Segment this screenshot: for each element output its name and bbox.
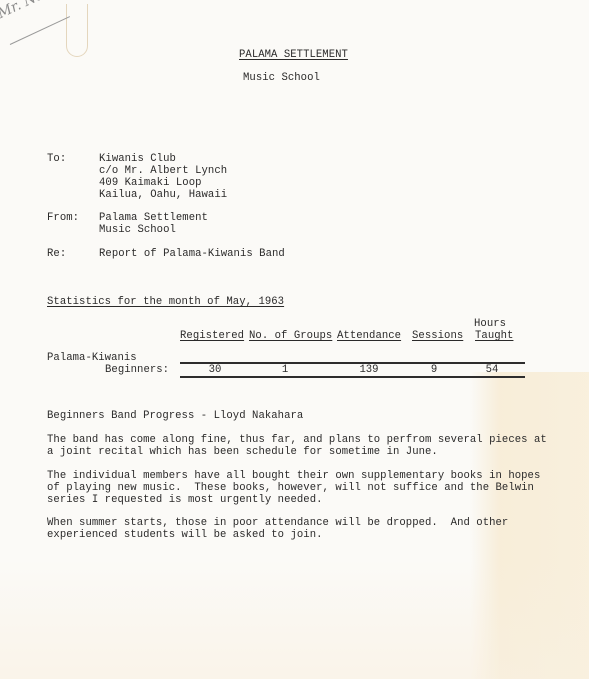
paragraph-line: a joint recital which has been schedule … <box>47 446 438 458</box>
value-attendance: 139 <box>349 364 389 376</box>
row-label-group: Palama-Kiwanis <box>47 352 137 364</box>
paperclip-stain-icon <box>66 4 88 57</box>
column-header-registered: Registered <box>180 330 244 342</box>
to-line: Kailua, Oahu, Hawaii <box>99 189 227 201</box>
paragraph-line: series I requested is most urgently need… <box>47 494 323 506</box>
column-header-sessions: Sessions <box>412 330 463 342</box>
value-sessions: 9 <box>414 364 454 376</box>
value-groups: 1 <box>265 364 305 376</box>
paragraph-line: experienced students will be asked to jo… <box>47 529 323 541</box>
progress-heading: Beginners Band Progress - Lloyd Nakahara <box>47 410 303 422</box>
paper-discoloration-bottom <box>0 560 589 679</box>
column-header-hours-top: Hours <box>474 318 506 330</box>
column-header-attendance: Attendance <box>337 330 401 342</box>
row-label-level: Beginners: <box>105 364 169 376</box>
value-registered: 30 <box>195 364 235 376</box>
paragraph-line: The band has come along fine, thus far, … <box>47 434 547 446</box>
organization-title: PALAMA SETTLEMENT <box>239 49 348 61</box>
table-bottom-rule <box>180 376 525 378</box>
column-header-groups: No. of Groups <box>249 330 332 342</box>
to-line: c/o Mr. Albert Lynch <box>99 165 227 177</box>
statistics-title: Statistics for the month of May, 1963 <box>47 296 284 308</box>
from-label: From: <box>47 212 79 224</box>
column-header-hours-bottom: Taught <box>475 330 513 342</box>
re-text: Report of Palama-Kiwanis Band <box>99 248 285 260</box>
from-line: Music School <box>99 224 176 236</box>
to-line: Kiwanis Club <box>99 153 176 165</box>
paragraph-line: The individual members have all bought t… <box>47 470 540 482</box>
to-line: 409 Kaimaki Loop <box>99 177 202 189</box>
to-label: To: <box>47 153 66 165</box>
re-label: Re: <box>47 248 66 260</box>
value-hours: 54 <box>472 364 512 376</box>
department-subtitle: Music School <box>243 72 320 84</box>
paragraph-line: When summer starts, those in poor attend… <box>47 517 508 529</box>
paragraph-line: of playing new music. These books, howev… <box>47 482 534 494</box>
from-line: Palama Settlement <box>99 212 208 224</box>
